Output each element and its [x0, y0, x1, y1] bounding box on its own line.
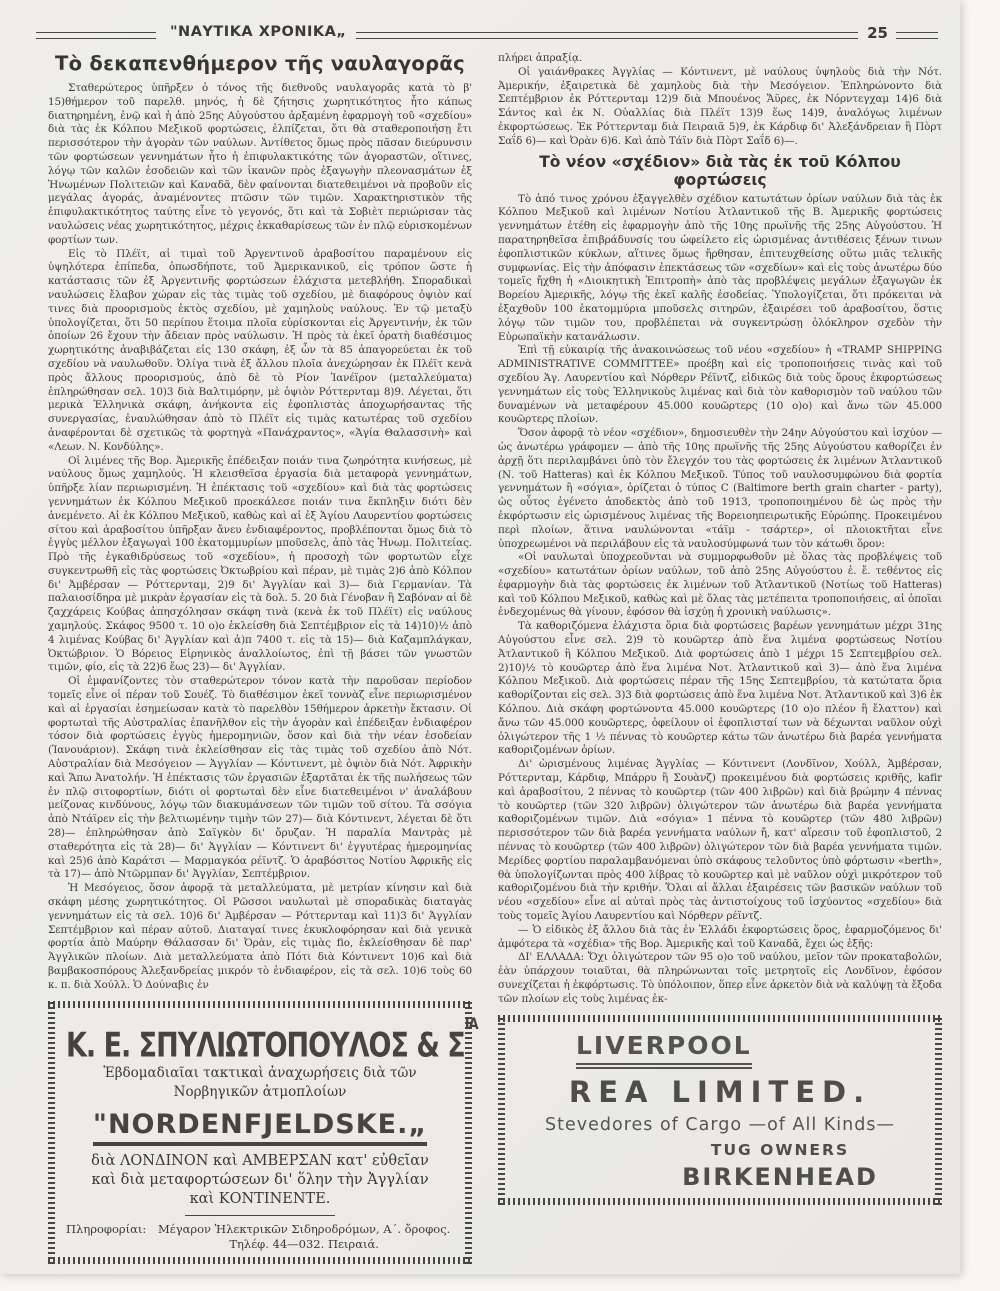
left-column: Τὸ δεκαπενθήμερον τῆς ναυλαγορᾶς Σταθερώ…: [48, 52, 472, 1264]
body-paragraph: Ἐπὶ τῇ εὐκαιρίᾳ τῆς ἀνακοινώσεως τοῦ νέο…: [498, 344, 942, 427]
article-title-freight-market: Τὸ δεκαπενθήμερον τῆς ναυλαγορᾶς: [48, 52, 472, 75]
ad-company-sup: ΙΑ: [465, 1015, 478, 1034]
article-columns: Τὸ δεκαπενθήμερον τῆς ναυλαγορᾶς Σταθερώ…: [48, 52, 942, 1264]
ad-route-text: διὰ ΛΟΝΔΙΝΟΝ καὶ ΑΜΒΕΡΣΑΝ κατ' εὐθεῖαν κ…: [80, 1152, 440, 1209]
body-paragraph: — Ὁ εἰδικὸς ἐξ ἄλλου διὰ τὰς ἐν Ἑλλάδι ἐ…: [498, 924, 942, 952]
hatch-border-left: [498, 1015, 505, 1205]
article-title-new-scheme: Τὸ νέον «σχέδιον» διὰ τὰς ἐκ τοῦ Κόλπου …: [498, 153, 942, 189]
ad-company-main: Κ. Ε. ΣΠΥΛΙΩΤΟΠΟΥΛΟΣ & Σ: [66, 1026, 465, 1065]
body-paragraph: Οἱ λιμένες τῆς Βορ. Ἀμερικῆς ἐπέδειξαν π…: [48, 455, 472, 676]
header-rule-right: [896, 32, 938, 39]
ad-rea-limited: LIVERPOOL REA LIMITED. Stevedores of Car…: [498, 1015, 942, 1205]
masthead: "ΝΑΥΤΙΚΑ ΧΡΟΝΙΚΑ„: [170, 24, 346, 40]
body-paragraph: Ἡ Μεσόγειος, ὅσον ἀφορᾷ τὰ μεταλλεύματα,…: [48, 882, 472, 992]
ad-city-birkenhead: BIRKENHEAD: [636, 1163, 924, 1191]
ad-brand-text: "NORDENFJELDSKE.„: [93, 1109, 427, 1146]
ad-spyliotopoulos: Κ. Ε. ΣΠΥΛΙΩΤΟΠΟΥΛΟΣ & ΣΙΑ Ἑβδομαδιαῖαι …: [48, 1001, 472, 1264]
hatch-border-bottom: [48, 1257, 472, 1264]
ad-info-text: Μέγαρον Ἡλεκτρικῶν Σιδηροδρόμων, Α΄. ὄρο…: [154, 1222, 454, 1252]
hatch-border-right: [465, 1001, 472, 1264]
hatch-border-left: [48, 1001, 55, 1264]
ad-subtitle-line1: Ἑβδομαδιαῖαι τακτικαὶ ἀναχωρήσεις διὰ τῶ…: [66, 1065, 454, 1082]
body-paragraph: «Οἱ ναυλωταὶ ὑποχρεοῦνται νὰ συμμορφωθοῦ…: [498, 551, 942, 620]
right-column: πλήρει ἀπραξίᾳ.Οἱ γαιάνθρακες Ἀγγλίας — …: [498, 52, 942, 1264]
left-column-body: Σταθερώτερος ὑπῆρξεν ὁ τόνος τῆς διεθνοῦ…: [48, 82, 472, 993]
hatch-border-top: [498, 1015, 942, 1022]
ad-company-name: Κ. Ε. ΣΠΥΛΙΩΤΟΠΟΥΛΟΣ & ΣΙΑ: [66, 1015, 454, 1065]
ad-subtitle-line2: Νορβηγικῶν ἀτμοπλοίων: [66, 1084, 454, 1101]
right-column-continuation: πλήρει ἀπραξίᾳ.Οἱ γαιάνθρακες Ἀγγλίας — …: [498, 52, 942, 149]
body-paragraph: Σταθερώτερος ὑπῆρξεν ὁ τόνος τῆς διεθνοῦ…: [48, 82, 472, 248]
ad-divider-rule: [185, 1215, 335, 1216]
body-paragraph: Οἱ ἐμφανίζοντες τὸν σταθερώτερον τόνον κ…: [48, 675, 472, 882]
ad-company-rea: REA LIMITED.: [516, 1075, 924, 1109]
body-paragraph: Οἱ γαιάνθρακες Ἀγγλίας — Κόντινεντ, μὲ ν…: [498, 66, 942, 149]
page-header: "ΝΑΥΤΙΚΑ ΧΡΟΝΙΚΑ„ 25: [36, 24, 938, 46]
ad-city-text: LIVERPOOL: [576, 1031, 752, 1069]
ad-brand-nordenfjeldske: "NORDENFJELDSKE.„: [66, 1109, 454, 1146]
hatch-border-bottom: [498, 1198, 942, 1205]
magazine-page: "ΝΑΥΤΙΚΑ ΧΡΟΝΙΚΑ„ 25 Τὸ δεκαπενθήμερον τ…: [0, 0, 960, 1274]
body-paragraph: Τὸ ἀπό τινος χρόνου ἐξαγγελθὲν σχέδιον κ…: [498, 193, 942, 345]
body-paragraph: Τὰ καθοριζόμενα ἐλάχιστα ὅρια διὰ φορτώσ…: [498, 620, 942, 758]
header-rule-left: [36, 32, 156, 39]
right-column-body: Τὸ ἀπό τινος χρόνου ἐξαγγελθὲν σχέδιον κ…: [498, 193, 942, 1007]
header-rule-middle: [356, 32, 858, 39]
ad-contact-info: Πληροφορίαι: Μέγαρον Ἡλεκτρικῶν Σιδηροδρ…: [66, 1222, 454, 1252]
hatch-border-top: [48, 1001, 472, 1008]
page-number: 25: [867, 24, 888, 42]
ad-info-label: Πληροφορίαι:: [66, 1222, 146, 1252]
body-paragraph: ΔΙ' ΕΛΛΑΔΑ: Ὄχι ὀλιγώτερον τῶν 95 ο)ο το…: [498, 951, 942, 1006]
body-paragraph: Δι' ὡρισμένους λιμένας Ἀγγλίας — Κόντινε…: [498, 758, 942, 924]
body-paragraph: Ὅσον ἀφορᾷ τὸ νέον «σχέδιον», δημοσιευθὲ…: [498, 427, 942, 551]
body-paragraph: πλήρει ἀπραξίᾳ.: [498, 52, 942, 66]
ad-city-liverpool: LIVERPOOL: [576, 1031, 924, 1069]
ad-tagline: Stevedores of Cargo —of All Kinds—: [516, 1115, 924, 1135]
ad-tug-owners: TUG OWNERS: [636, 1141, 924, 1159]
body-paragraph: Εἰς τὸ Πλέϊτ, αἱ τιμαὶ τοῦ Ἀργεντινοῦ ἀρ…: [48, 248, 472, 455]
hatch-border-right: [935, 1015, 942, 1205]
